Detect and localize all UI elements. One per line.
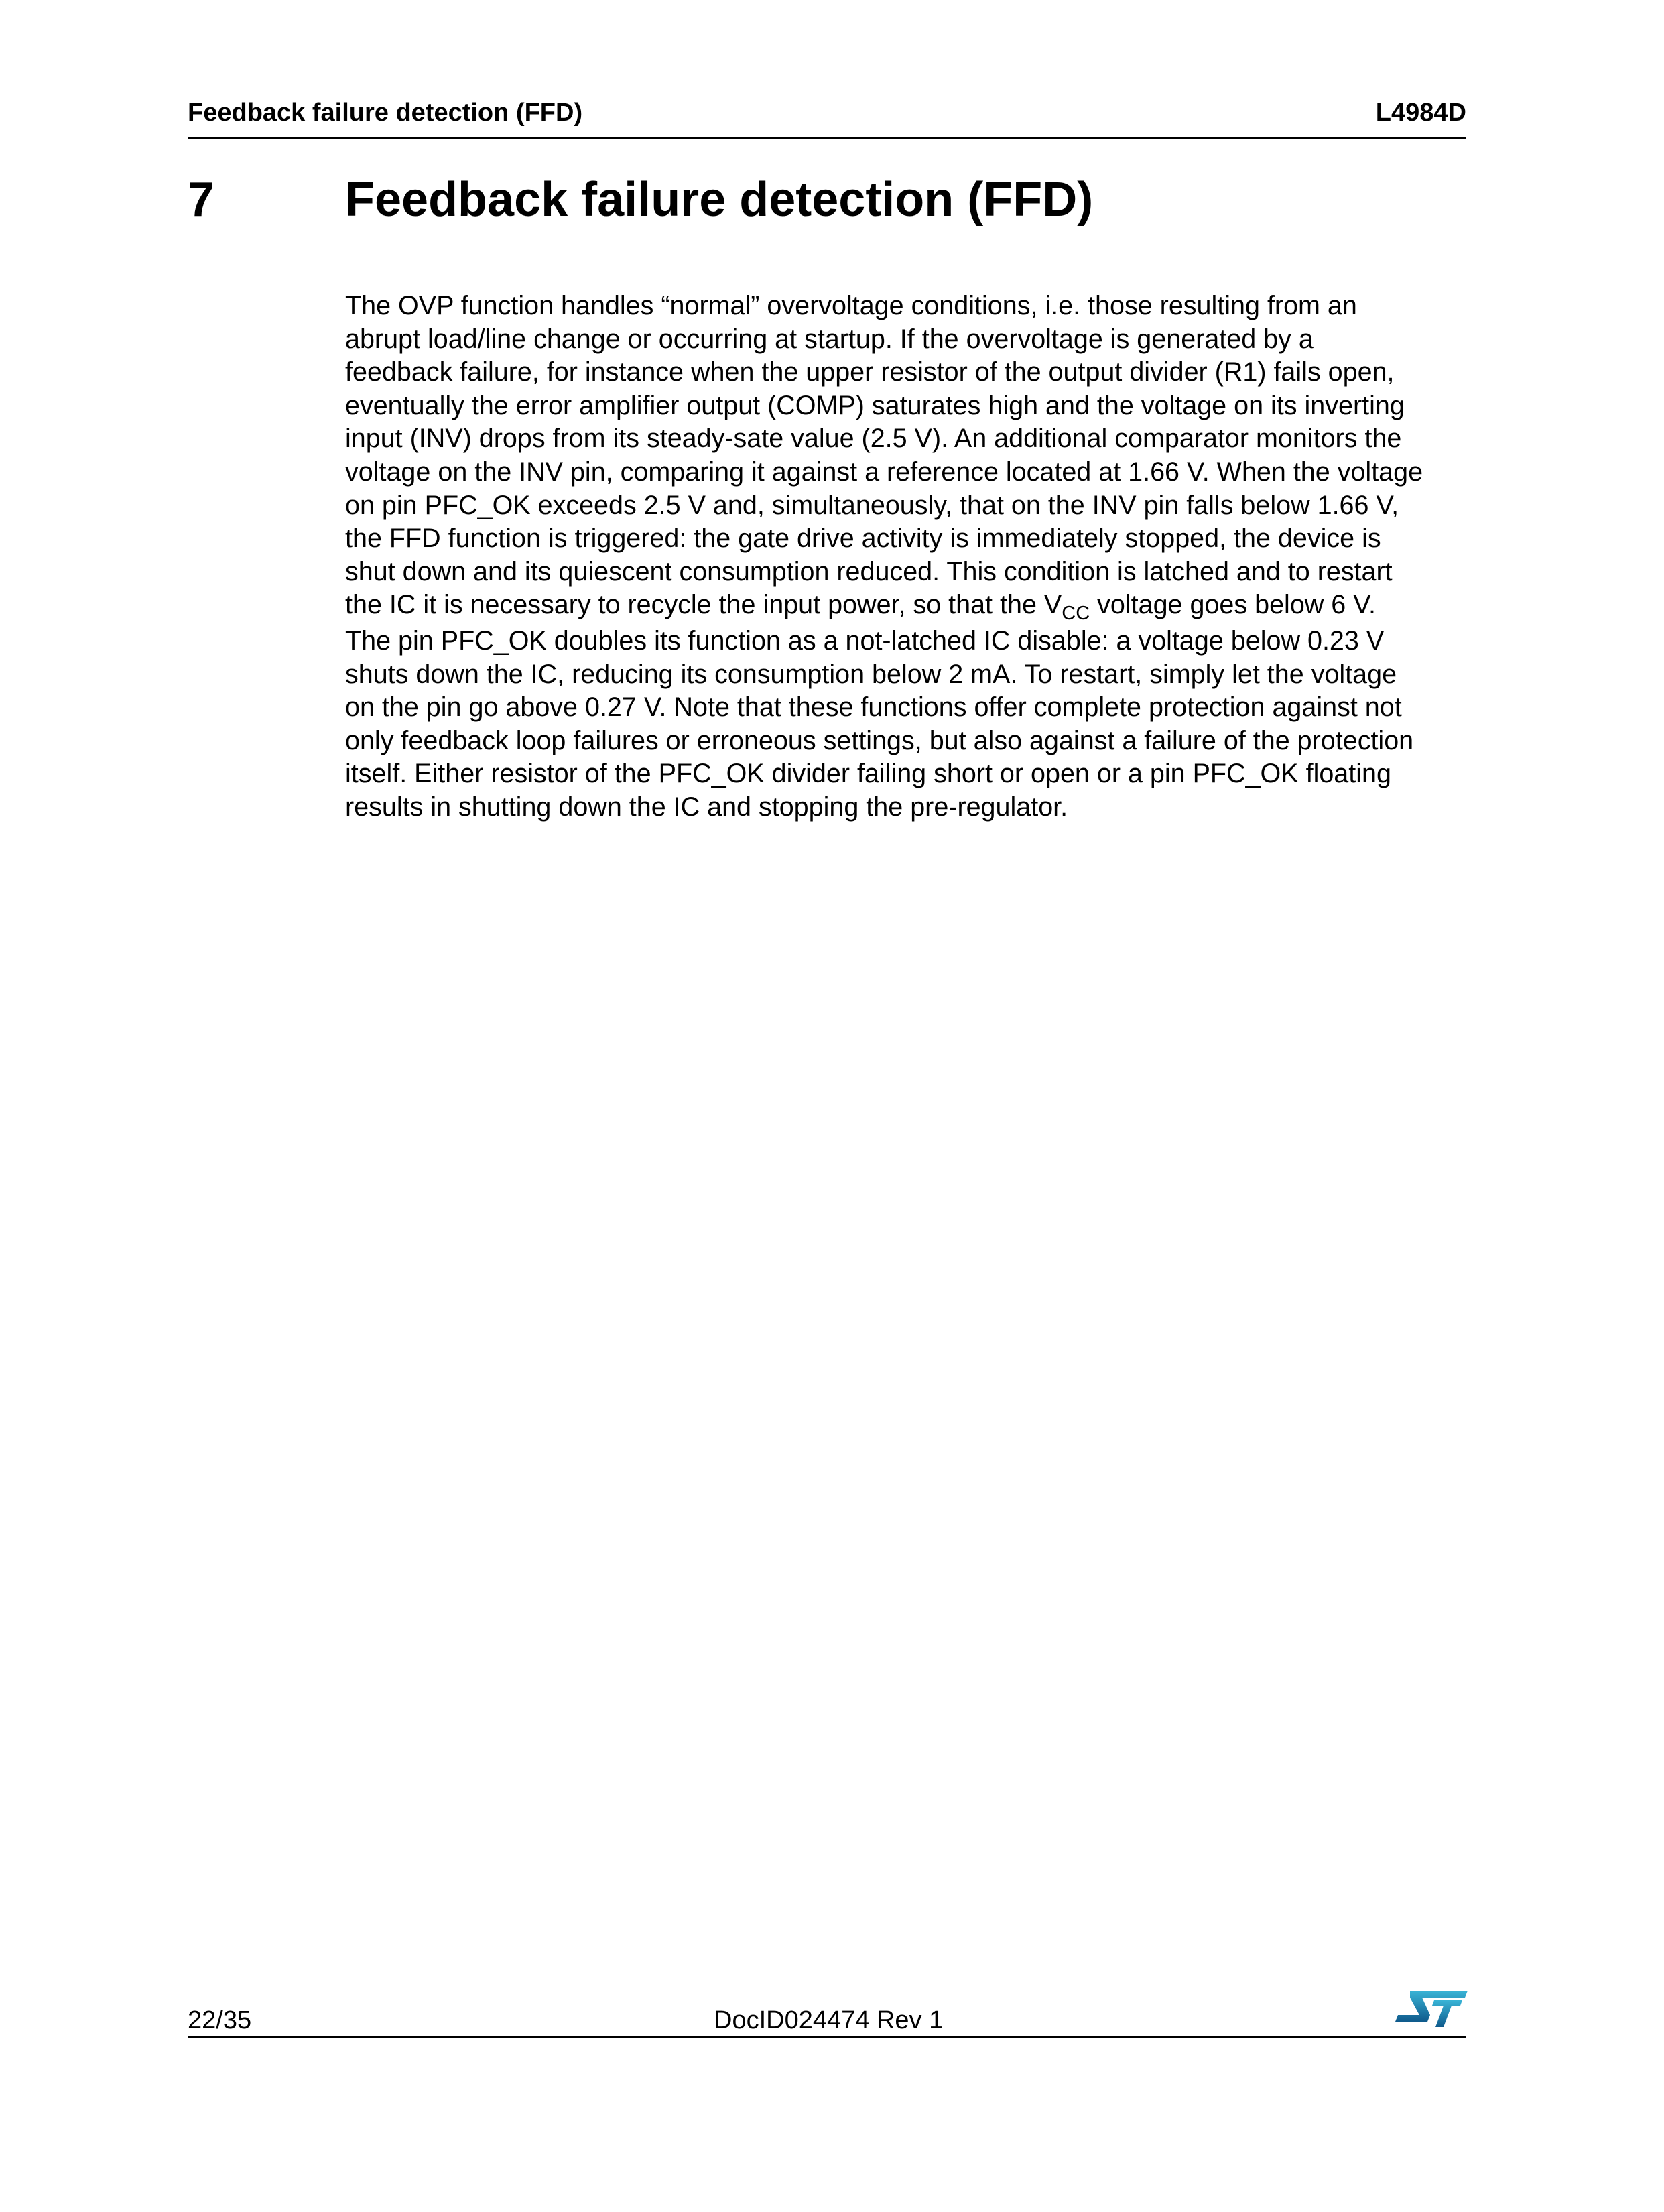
body-line-start: the IC it is necessary to recycle the in… <box>345 590 1044 619</box>
body-line: shuts down the IC, reducing its consumpt… <box>345 658 1484 692</box>
body-line: The pin PFC_OK doubles its function as a… <box>345 625 1484 658</box>
body-line: eventually the error amplifier output (C… <box>345 389 1484 423</box>
vcc-subscript: CC <box>1062 603 1090 624</box>
body-line: itself. Either resistor of the PFC_OK di… <box>345 757 1484 791</box>
body-line-vcc: the IC it is necessary to recycle the in… <box>345 589 1484 625</box>
body-line: results in shutting down the IC and stop… <box>345 791 1484 824</box>
page-number: 22/35 <box>188 2004 251 2036</box>
running-header-title: Feedback failure detection (FFD) <box>188 97 582 129</box>
body-line: feedback failure, for instance when the … <box>345 356 1484 389</box>
section-number: 7 <box>188 172 214 228</box>
body-paragraph: The OVP function handles “normal” overvo… <box>345 290 1484 824</box>
doc-id: DocID024474 Rev 1 <box>714 2004 943 2036</box>
section-title: Feedback failure detection (FFD) <box>345 172 1093 228</box>
body-line: abrupt load/line change or occurring at … <box>345 323 1484 357</box>
body-line: voltage on the INV pin, comparing it aga… <box>345 456 1484 489</box>
footer-rule <box>188 2036 1466 2038</box>
body-line: input (INV) drops from its steady-sate v… <box>345 422 1484 456</box>
st-logo-icon <box>1395 1984 1469 2028</box>
body-line: the FFD function is triggered: the gate … <box>345 522 1484 556</box>
body-line-end: voltage goes below 6 V. <box>1090 590 1376 619</box>
body-line: on pin PFC_OK exceeds 2.5 V and, simulta… <box>345 489 1484 523</box>
body-line: shut down and its quiescent consumption … <box>345 556 1484 589</box>
body-line: The OVP function handles “normal” overvo… <box>345 290 1484 323</box>
running-header-product: L4984D <box>1376 97 1466 129</box>
body-line: on the pin go above 0.27 V. Note that th… <box>345 691 1484 725</box>
vcc-symbol: VCC <box>1044 590 1090 619</box>
header-rule <box>188 137 1466 139</box>
body-line: only feedback loop failures or erroneous… <box>345 725 1484 758</box>
